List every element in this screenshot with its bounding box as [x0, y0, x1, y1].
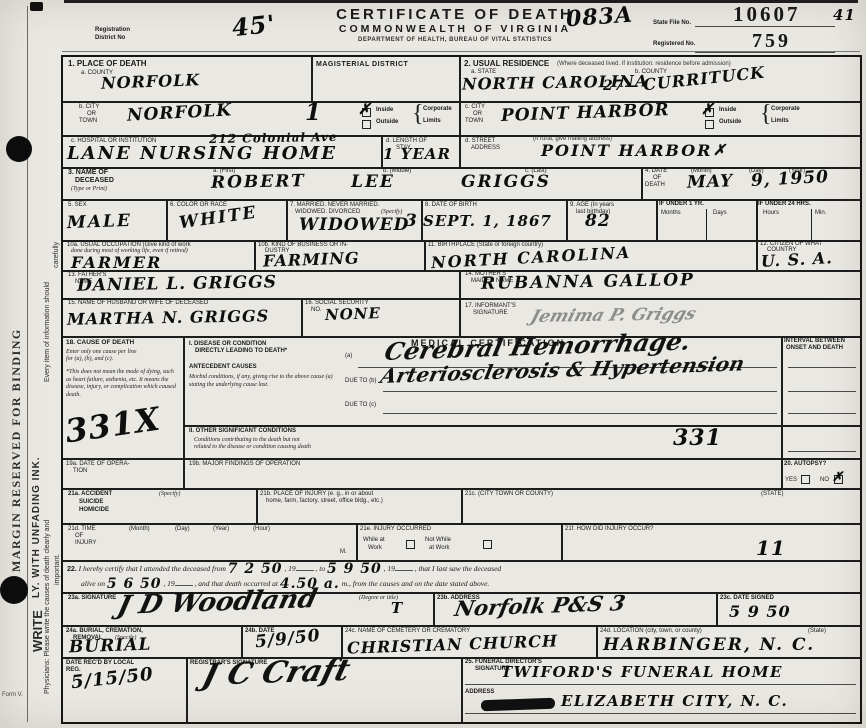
- autopsy-yes-label: YES: [785, 477, 797, 484]
- grid-line: [756, 240, 758, 270]
- fd-address-label: ADDRESS: [465, 689, 494, 696]
- grid-line: [781, 458, 783, 488]
- stray-mark: 1: [305, 101, 322, 124]
- under-1yr-label: IF UNDER 1 YR.: [659, 201, 704, 208]
- res-outside-label: Outside: [719, 119, 741, 126]
- corporate-label: Corporate: [423, 106, 452, 113]
- grid-line: [63, 199, 860, 201]
- margin-write-text: WRITE: [30, 610, 45, 652]
- autopsy-no-label: NO: [820, 477, 829, 484]
- res-city-label-town: TOWN: [465, 118, 483, 125]
- underline: [465, 713, 856, 714]
- grid-line: [433, 592, 435, 625]
- burial-label: 24a. BURIAL, CREMATION,: [66, 628, 143, 635]
- citizen-value: U. S. A.: [761, 250, 833, 270]
- length-of-stay-value: 1 YEAR: [383, 147, 451, 162]
- grid-line: [461, 657, 463, 722]
- time-of-injury-label3: INJURY: [75, 540, 97, 547]
- grid-line: [641, 167, 643, 199]
- grid-line: [63, 135, 860, 137]
- injury-meridiem-label: M.: [340, 549, 347, 556]
- time-of-injury-label: 21d. TIME: [68, 526, 96, 533]
- disease-label2: DIRECTLY LEADING TO DEATH*: [195, 348, 287, 355]
- months-label: Months: [661, 210, 681, 217]
- how-injury-label: 21f. HOW DID INJURY OCCUR?: [565, 526, 653, 533]
- ink-blot: [6, 136, 32, 162]
- name-note: (Type or Print): [71, 186, 107, 193]
- cemetery-value: CHRISTIAN CHURCH: [347, 633, 559, 656]
- burial-date-value: 5/9/50: [254, 628, 321, 652]
- grid-line: [811, 209, 812, 240]
- industry-value: FARMING: [263, 250, 360, 269]
- certify-text-6: alive on: [81, 579, 105, 588]
- place-of-death-label: 1. PLACE OF DEATH: [68, 59, 147, 68]
- ssn-value: NONE: [325, 306, 381, 323]
- grid-line: [286, 199, 288, 240]
- city-label-town: TOWN: [79, 118, 97, 125]
- accident-specify: (Specify): [159, 491, 180, 498]
- margin-rule: [27, 6, 28, 722]
- margin-important-text: important.: [54, 554, 61, 585]
- attended-from-value: 7 2 50: [228, 561, 283, 577]
- grid-line: [254, 240, 256, 270]
- grid-line: [596, 625, 598, 657]
- degree-mark: T: [391, 601, 403, 616]
- magisterial-district-label: MAGISTERIAL DISTRICT: [316, 61, 408, 69]
- res-outside-checkbox: [705, 120, 714, 129]
- occupation-value: FARMER: [71, 255, 162, 271]
- injury-state-label: (STATE): [761, 491, 783, 498]
- hospital-value: LANE NURSING HOME: [67, 145, 337, 163]
- length-of-stay-label: d. LENGTH OF: [386, 138, 427, 145]
- grid-line: [311, 57, 313, 101]
- underline: [465, 684, 856, 685]
- marital-label: 7. MARRIED. NEVER MARRIED.: [290, 202, 379, 209]
- ink-blot: [0, 576, 28, 604]
- days-label: Days: [713, 210, 727, 217]
- injury-year-label: (Year): [213, 526, 229, 533]
- while-at-work-label: While at: [363, 537, 385, 544]
- not-while-label: Not While: [425, 537, 451, 544]
- inside-label: Inside: [376, 107, 393, 114]
- father-value: DANIEL L. GRIGGS: [77, 274, 277, 294]
- grid-line: [716, 592, 718, 625]
- grid-line: [781, 336, 783, 458]
- brace-glyph: {: [412, 101, 424, 129]
- grid-line: [561, 523, 563, 560]
- not-while-checkbox: [483, 540, 492, 549]
- under-24hr-label: IF UNDER 24 HRS.: [758, 201, 811, 208]
- marital-mark: 3: [405, 213, 418, 230]
- form-number: Form V.: [2, 692, 23, 699]
- autopsy-no-mark: ✗: [832, 471, 844, 484]
- certify-text-5: , that I last saw the deceased: [415, 564, 501, 573]
- grid-line: [566, 199, 568, 240]
- underline: [695, 26, 835, 27]
- outside-label: Outside: [376, 119, 398, 126]
- grid-line: [63, 167, 860, 169]
- location-value: HARBINGER, N. C.: [603, 637, 815, 654]
- handwritten-code: 083A: [565, 4, 633, 31]
- blank-line: [395, 570, 413, 571]
- grid-line: [356, 523, 358, 560]
- grid-line: [256, 488, 258, 523]
- interval-label: INTERVAL BETWEEN: [784, 338, 845, 345]
- sex-value: MALE: [67, 213, 132, 232]
- blank-line: [296, 570, 314, 571]
- res-city-label: c. CITY: [465, 104, 485, 111]
- margin-binding-text: MARGIN RESERVED FOR BINDING: [9, 328, 24, 572]
- grid-line: [166, 199, 168, 240]
- res-city-value: POINT HARBOR: [501, 102, 670, 125]
- underline: [788, 391, 856, 392]
- date-of-death-label2: OF: [653, 175, 661, 182]
- margin-ink-text: LY. WITH UNFADING INK.: [31, 456, 42, 598]
- certify-line-1: 22. I hereby certify that I attended the…: [67, 562, 501, 576]
- registered-number: 759: [752, 30, 791, 53]
- certify-text-7: , 19: [163, 579, 174, 588]
- res-brace-glyph: {: [760, 101, 772, 129]
- autopsy-yes-checkbox: [801, 475, 810, 484]
- res-city-label-or: OR: [473, 111, 482, 118]
- cause-code-overlay: 331X: [63, 403, 162, 448]
- certify-number: 22.: [67, 566, 77, 573]
- autopsy-label: 20. AUTOPSY?: [784, 461, 826, 468]
- morbid-note: Morbid conditions, if any, giving rise t…: [189, 374, 339, 389]
- not-while-label2: at Work: [429, 545, 450, 552]
- operation-date-label2: TION: [73, 468, 87, 475]
- certify-text-2: , 19: [284, 564, 295, 573]
- operation-findings-label: 19b. MAJOR FINDINGS OF OPERATION: [189, 461, 300, 468]
- county-value: NORFOLK: [101, 72, 201, 91]
- double-rule: [62, 51, 860, 52]
- res-limits-label: Limits: [771, 118, 789, 125]
- underline: [788, 367, 856, 368]
- informant-label2: SIGNATURE: [473, 310, 508, 317]
- street-label2: ADDRESS: [471, 145, 500, 152]
- fd-address-value: ELIZABETH CITY, N. C.: [561, 694, 788, 709]
- grid-line: [63, 523, 860, 525]
- street-label: d. STREET: [465, 138, 495, 145]
- reg-district-value: 45': [231, 12, 277, 40]
- age-label: 9. AGE (In years: [570, 202, 614, 209]
- date-signed-value: 5 9 50: [729, 604, 791, 620]
- certify-text-9: m., from the causes and on the date stat…: [342, 579, 490, 588]
- physician-address-value: Norfolk P&S 3: [453, 592, 627, 619]
- certify-text-4: , 19: [384, 564, 395, 573]
- dob-label: 8. DATE OF BIRTH: [425, 202, 477, 209]
- underline: [788, 413, 856, 414]
- injury-day-label: (Day): [175, 526, 190, 533]
- informant-signature: Jemima P. Griggs: [528, 306, 697, 326]
- grid-line: [459, 298, 461, 336]
- spouse-value: MARTHA N. GRIGGS: [67, 308, 269, 328]
- cause-b-label: DUE TO (b): [345, 378, 376, 385]
- reg-district-label2: District No: [95, 35, 125, 42]
- suicide-label: SUICIDE: [79, 499, 103, 506]
- margin-carefully-text: carefully: [53, 242, 60, 268]
- outside-checkbox: [362, 120, 371, 129]
- underline: [788, 451, 856, 452]
- place-of-injury-label2: home, farm, factory, street, office bldg…: [266, 498, 383, 505]
- state-file-number: 10607: [733, 2, 801, 26]
- grid-line: [183, 458, 185, 488]
- middle-name-value: LEE: [351, 174, 395, 191]
- ssn-label2: NO.: [311, 307, 322, 314]
- grid-line: [183, 425, 860, 427]
- cause-c-label: DUE TO (c): [345, 402, 376, 409]
- state-mark: 27—: [603, 79, 639, 93]
- mother-value: RUBANNA GALLOP: [481, 272, 695, 293]
- sheet-number: 41: [833, 8, 856, 23]
- informant-label: 17. INFORMANT'S: [465, 303, 516, 310]
- underline: [383, 413, 777, 414]
- attended-to-value: 5 9 50: [327, 561, 382, 577]
- grid-line: [341, 625, 343, 657]
- usual-residence-label: 2. USUAL RESIDENCE: [464, 59, 549, 68]
- cause-of-death-label: 18. CAUSE OF DEATH: [66, 339, 134, 346]
- homicide-label: HOMICIDE: [79, 507, 109, 514]
- grid-line: [656, 199, 658, 240]
- grid-line: [459, 270, 461, 298]
- commonwealth-subtitle: COMMONWEALTH OF VIRGINIA: [335, 23, 575, 35]
- injury-occurred-label: 21e. INJURY OCCURRED: [360, 526, 431, 533]
- cause-note2: for (a), (b), and (c).: [66, 356, 113, 363]
- cause-note1: Enter only one cause per line: [66, 349, 136, 356]
- antecedent-label: ANTECEDENT CAUSES: [189, 364, 257, 371]
- registered-label: Registered No.: [653, 41, 695, 48]
- state-file-label: State File No.: [653, 20, 691, 27]
- blank-line: [175, 585, 193, 586]
- age-value: 82: [585, 213, 611, 230]
- department-line: DEPARTMENT OF HEALTH, BUREAU OF VITAL ST…: [335, 37, 575, 44]
- disease-label: I. DISEASE OR CONDITION: [189, 341, 266, 348]
- location-state-label: (State): [808, 628, 826, 635]
- grid-line: [183, 336, 185, 458]
- burial-value: BURIAL: [69, 637, 152, 657]
- other-conditions-label: II. OTHER SIGNIFICANT CONDITIONS: [189, 428, 296, 435]
- other-conditions-note1: Conditions contributing to the death but…: [194, 437, 300, 444]
- grid-line: [424, 240, 426, 270]
- injury-city-label: 21c. (CITY TOWN OR COUNTY): [465, 491, 553, 498]
- date-received-value: 5/15/50: [70, 666, 154, 693]
- spouse-label: 15. NAME OF HUSBAND OR WIFE OF DECEASED: [68, 300, 208, 307]
- res-inside-check-mark: ✗: [701, 102, 715, 117]
- underline: [695, 52, 835, 53]
- injury-stray-mark: 11: [756, 538, 786, 558]
- usual-residence-note: (Where deceased lived. If institution: r…: [557, 61, 731, 68]
- underline: [383, 391, 777, 392]
- grid-line: [706, 209, 707, 240]
- injury-month-label: (Month): [129, 526, 150, 533]
- while-at-work-label2: Work: [368, 545, 382, 552]
- certificate-title: CERTIFICATE OF DEATH: [335, 6, 575, 23]
- cause-note3: *This does not mean the mode of dying, s…: [66, 369, 178, 399]
- last-name-value: GRIGGS: [461, 174, 551, 191]
- injury-hour-label: (Hour): [253, 526, 270, 533]
- interval-label2: ONSET AND DEATH: [786, 345, 843, 352]
- cemetery-label: 24c. NAME OF CEMETERY OR CREMATORY: [345, 628, 470, 635]
- scan-artifact: [30, 2, 43, 11]
- reg-district-label: Registration: [95, 27, 130, 34]
- street-x-mark: ✗: [713, 143, 727, 158]
- certificate-form: 1. PLACE OF DEATH a. COUNTY NORFOLK MAGI…: [61, 55, 862, 724]
- grid-line: [301, 298, 303, 336]
- first-name-value: ROBERT: [211, 173, 306, 192]
- grid-line: [461, 488, 463, 523]
- dob-value: SEPT. 1, 1867: [423, 214, 552, 229]
- sex-label: 5. SEX: [68, 202, 87, 209]
- certify-text-1: I hereby certify that I attended the dec…: [79, 564, 226, 573]
- while-at-work-checkbox: [406, 540, 415, 549]
- time-of-injury-label2: OF: [75, 533, 83, 540]
- margin-physicians-text: Physicians: Please write the causes of d…: [44, 520, 51, 694]
- location-label: 24d. LOCATION (city, town, or county): [600, 628, 702, 635]
- name-label: 3. NAME OF: [68, 169, 108, 177]
- grid-line: [241, 625, 243, 657]
- date-of-death-label3: DEATH: [645, 182, 665, 189]
- margin-every-item-text: Every item of information should: [44, 282, 51, 382]
- name-label2: DECEASED: [75, 177, 114, 185]
- grid-line: [63, 625, 860, 627]
- certify-text-3: , to: [316, 564, 326, 573]
- other-conditions-note2: related to the disease or condition caus…: [194, 444, 311, 451]
- inside-check-mark: ✗: [358, 102, 372, 117]
- accident-label: 21a. ACCIDENT: [68, 491, 112, 498]
- limits-label: Limits: [423, 118, 441, 125]
- hours-label: Hours: [763, 210, 779, 217]
- registrar-signature: J C Craft: [199, 656, 353, 691]
- city-label-or: OR: [87, 111, 96, 118]
- physician-signature-label: 23a. SIGNATURE: [68, 595, 116, 602]
- place-of-injury-label: 21b. PLACE OF INJURY (e. g., in or about: [260, 491, 373, 498]
- death-day-year-value: 9, 1950: [751, 169, 830, 190]
- other-conditions-code: 331: [673, 427, 722, 449]
- cause-a-label: (a): [345, 353, 352, 360]
- grid-line: [459, 57, 461, 167]
- physician-signature: J D Woodland: [115, 586, 319, 619]
- funeral-director-value: TWIFORD'S FUNERAL HOME: [501, 665, 783, 680]
- city-value: NORFOLK: [127, 102, 233, 124]
- marital-value: WIDOWED: [299, 217, 409, 234]
- res-inside-label: Inside: [719, 107, 736, 114]
- res-corporate-label: Corporate: [771, 106, 800, 113]
- min-label: Min.: [815, 210, 826, 217]
- city-label: b. CITY: [79, 104, 99, 111]
- scratched-out-text: [481, 698, 555, 712]
- operation-date-label: 19a. DATE OF OPERA-: [66, 461, 130, 468]
- death-certificate-scan: MARGIN RESERVED FOR BINDING WRITE LY. WI…: [0, 0, 866, 728]
- street-value: POINT HARBOR: [541, 143, 712, 159]
- date-signed-label: 23c. DATE SIGNED: [720, 595, 774, 602]
- grid-line: [186, 657, 188, 722]
- date-of-death-label: 4. DATE: [645, 168, 667, 175]
- death-month-value: MAY: [687, 173, 734, 192]
